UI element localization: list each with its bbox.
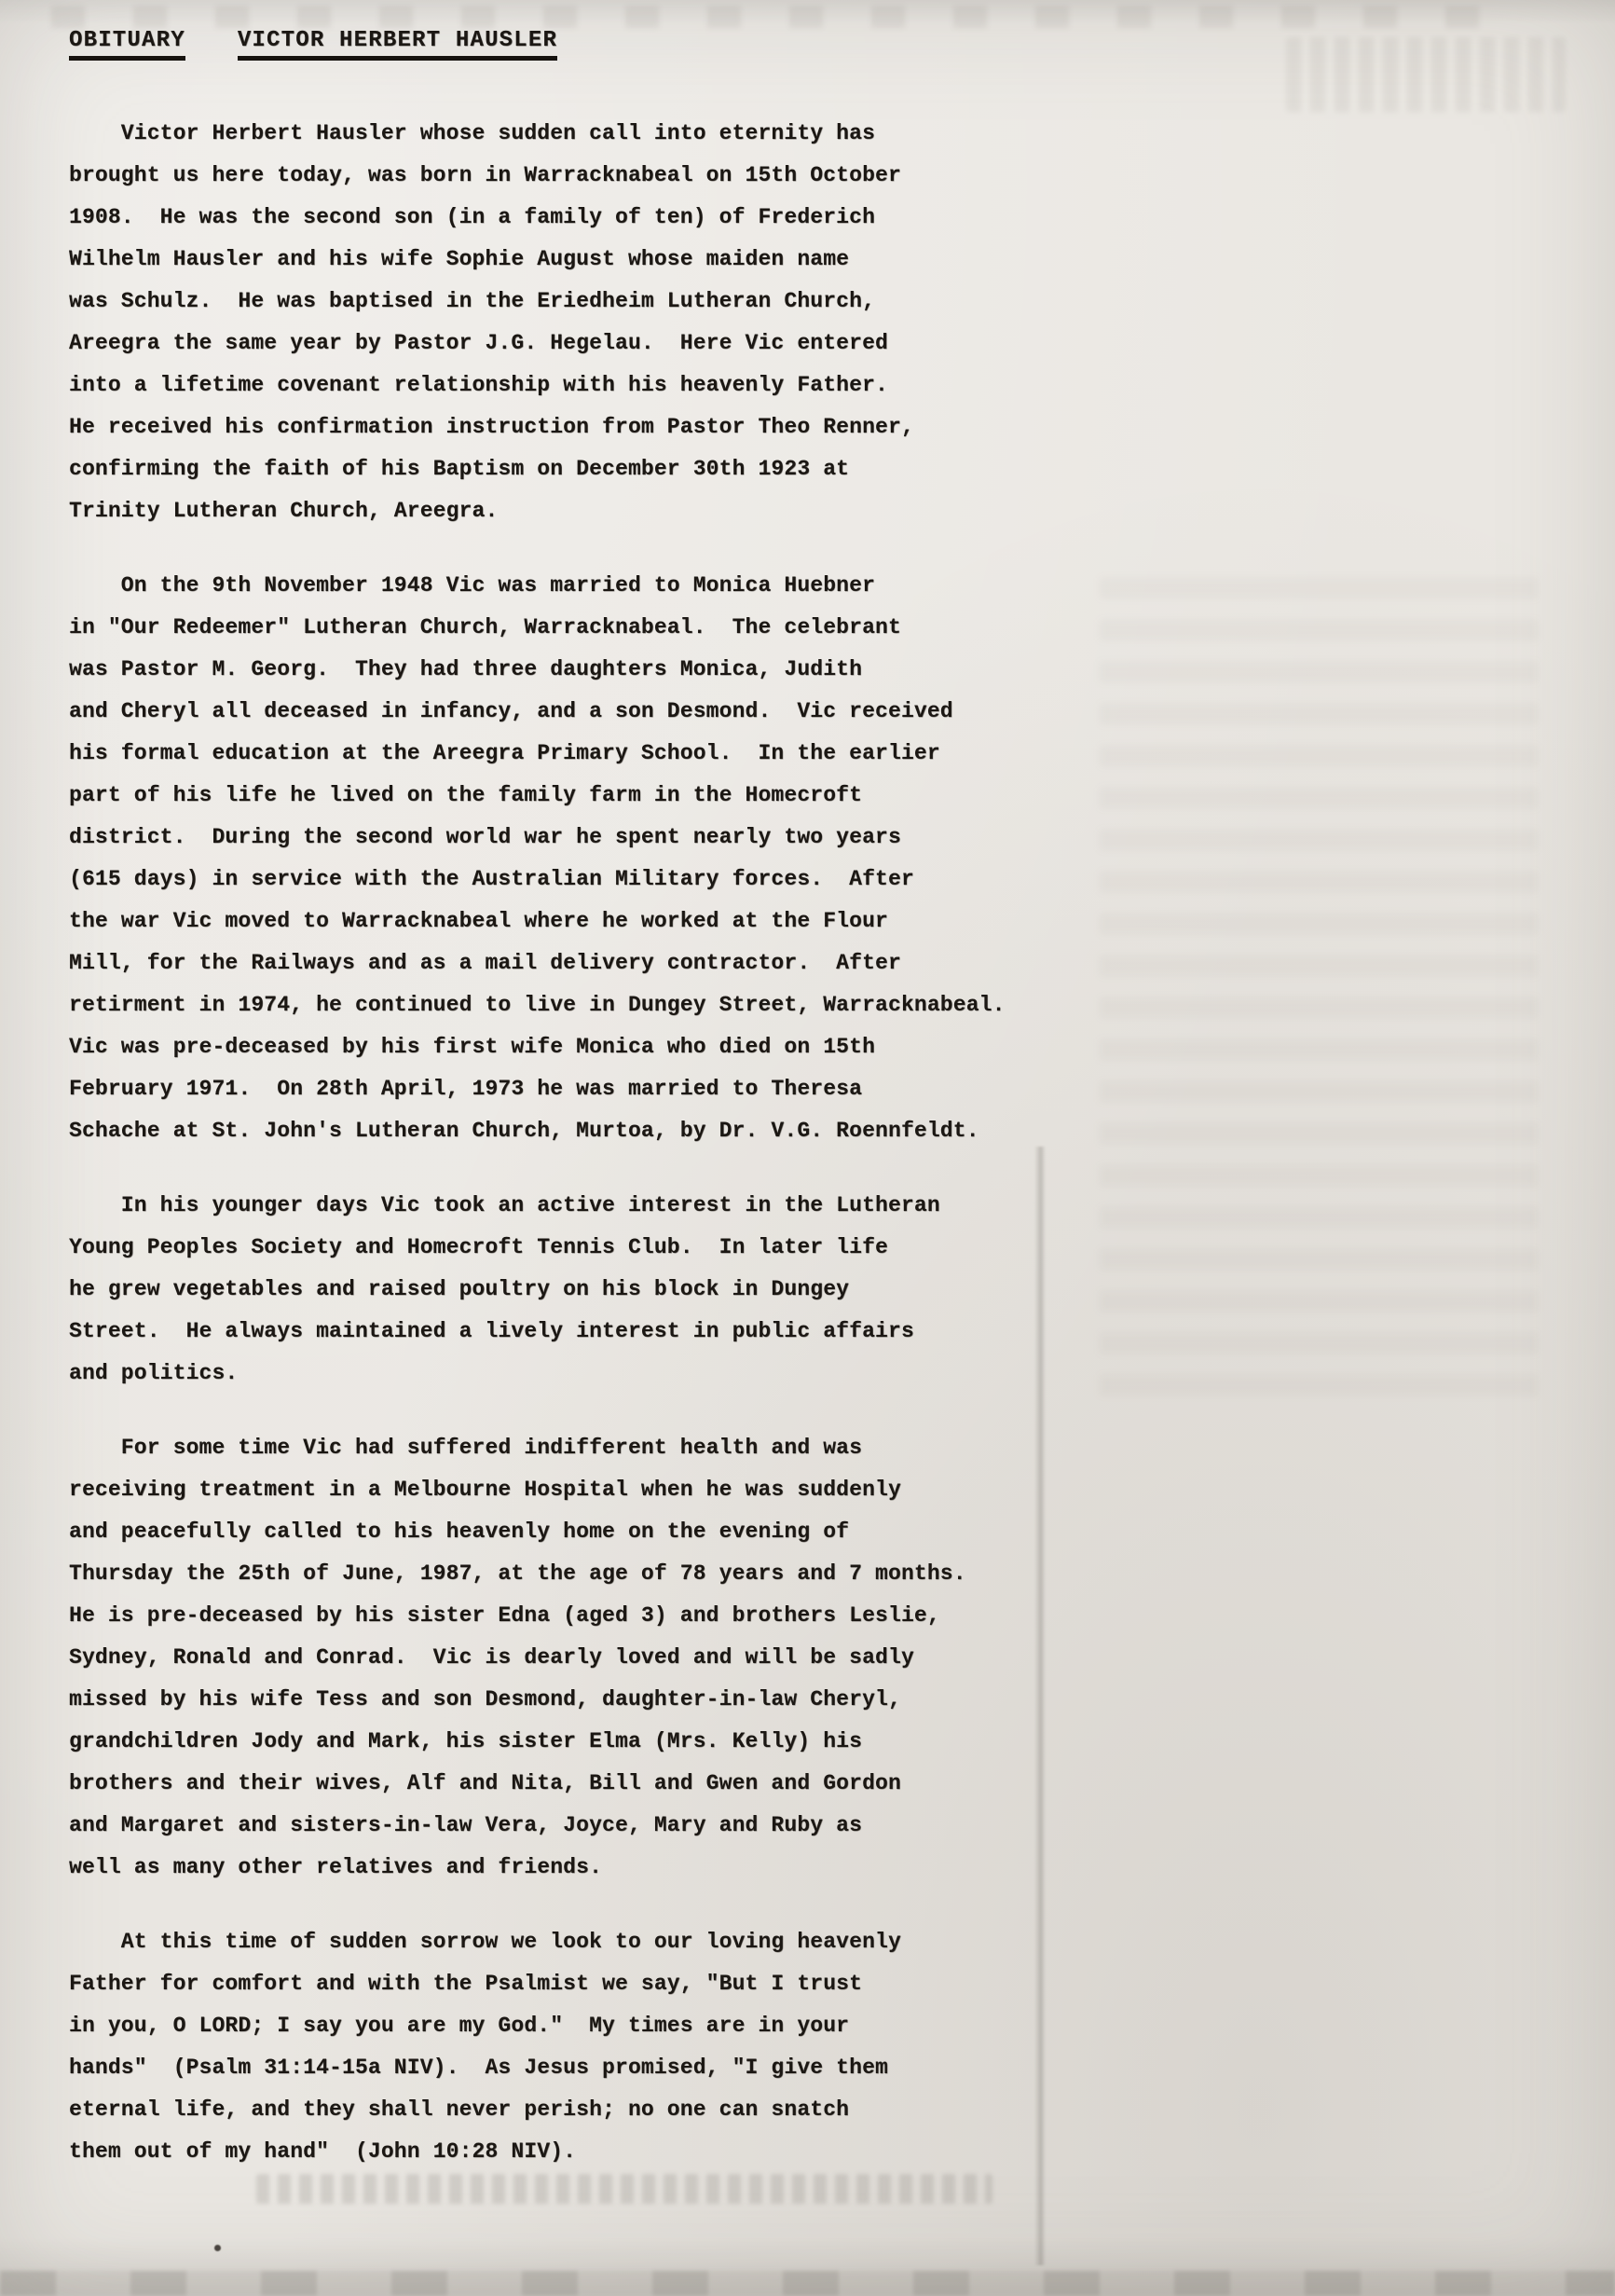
document-type-label: OBITUARY bbox=[69, 28, 185, 61]
scanned-obituary-page: OBITUARY VICTOR HERBERT HAUSLER Victor H… bbox=[0, 0, 1615, 2296]
ink-spot-artifact bbox=[214, 2245, 221, 2251]
document-header: OBITUARY VICTOR HERBERT HAUSLER bbox=[69, 28, 1579, 61]
scan-noise-bottom bbox=[0, 2271, 1615, 2296]
obituary-paragraph-interests: In his younger days Vic took an active i… bbox=[69, 1185, 1579, 1395]
obituary-paragraph-death-family: For some time Vic had suffered indiffere… bbox=[69, 1427, 1579, 1889]
scan-noise-top bbox=[51, 6, 1486, 28]
deceased-name-title: VICTOR HERBERT HAUSLER bbox=[238, 28, 557, 61]
obituary-paragraph-scripture: At this time of sudden sorrow we look to… bbox=[69, 1921, 1579, 2173]
document-content: OBITUARY VICTOR HERBERT HAUSLER Victor H… bbox=[69, 28, 1579, 2206]
obituary-paragraph-marriage-work: On the 9th November 1948 Vic was married… bbox=[69, 565, 1579, 1152]
obituary-paragraph-birth-baptism: Victor Herbert Hausler whose sudden call… bbox=[69, 113, 1579, 532]
